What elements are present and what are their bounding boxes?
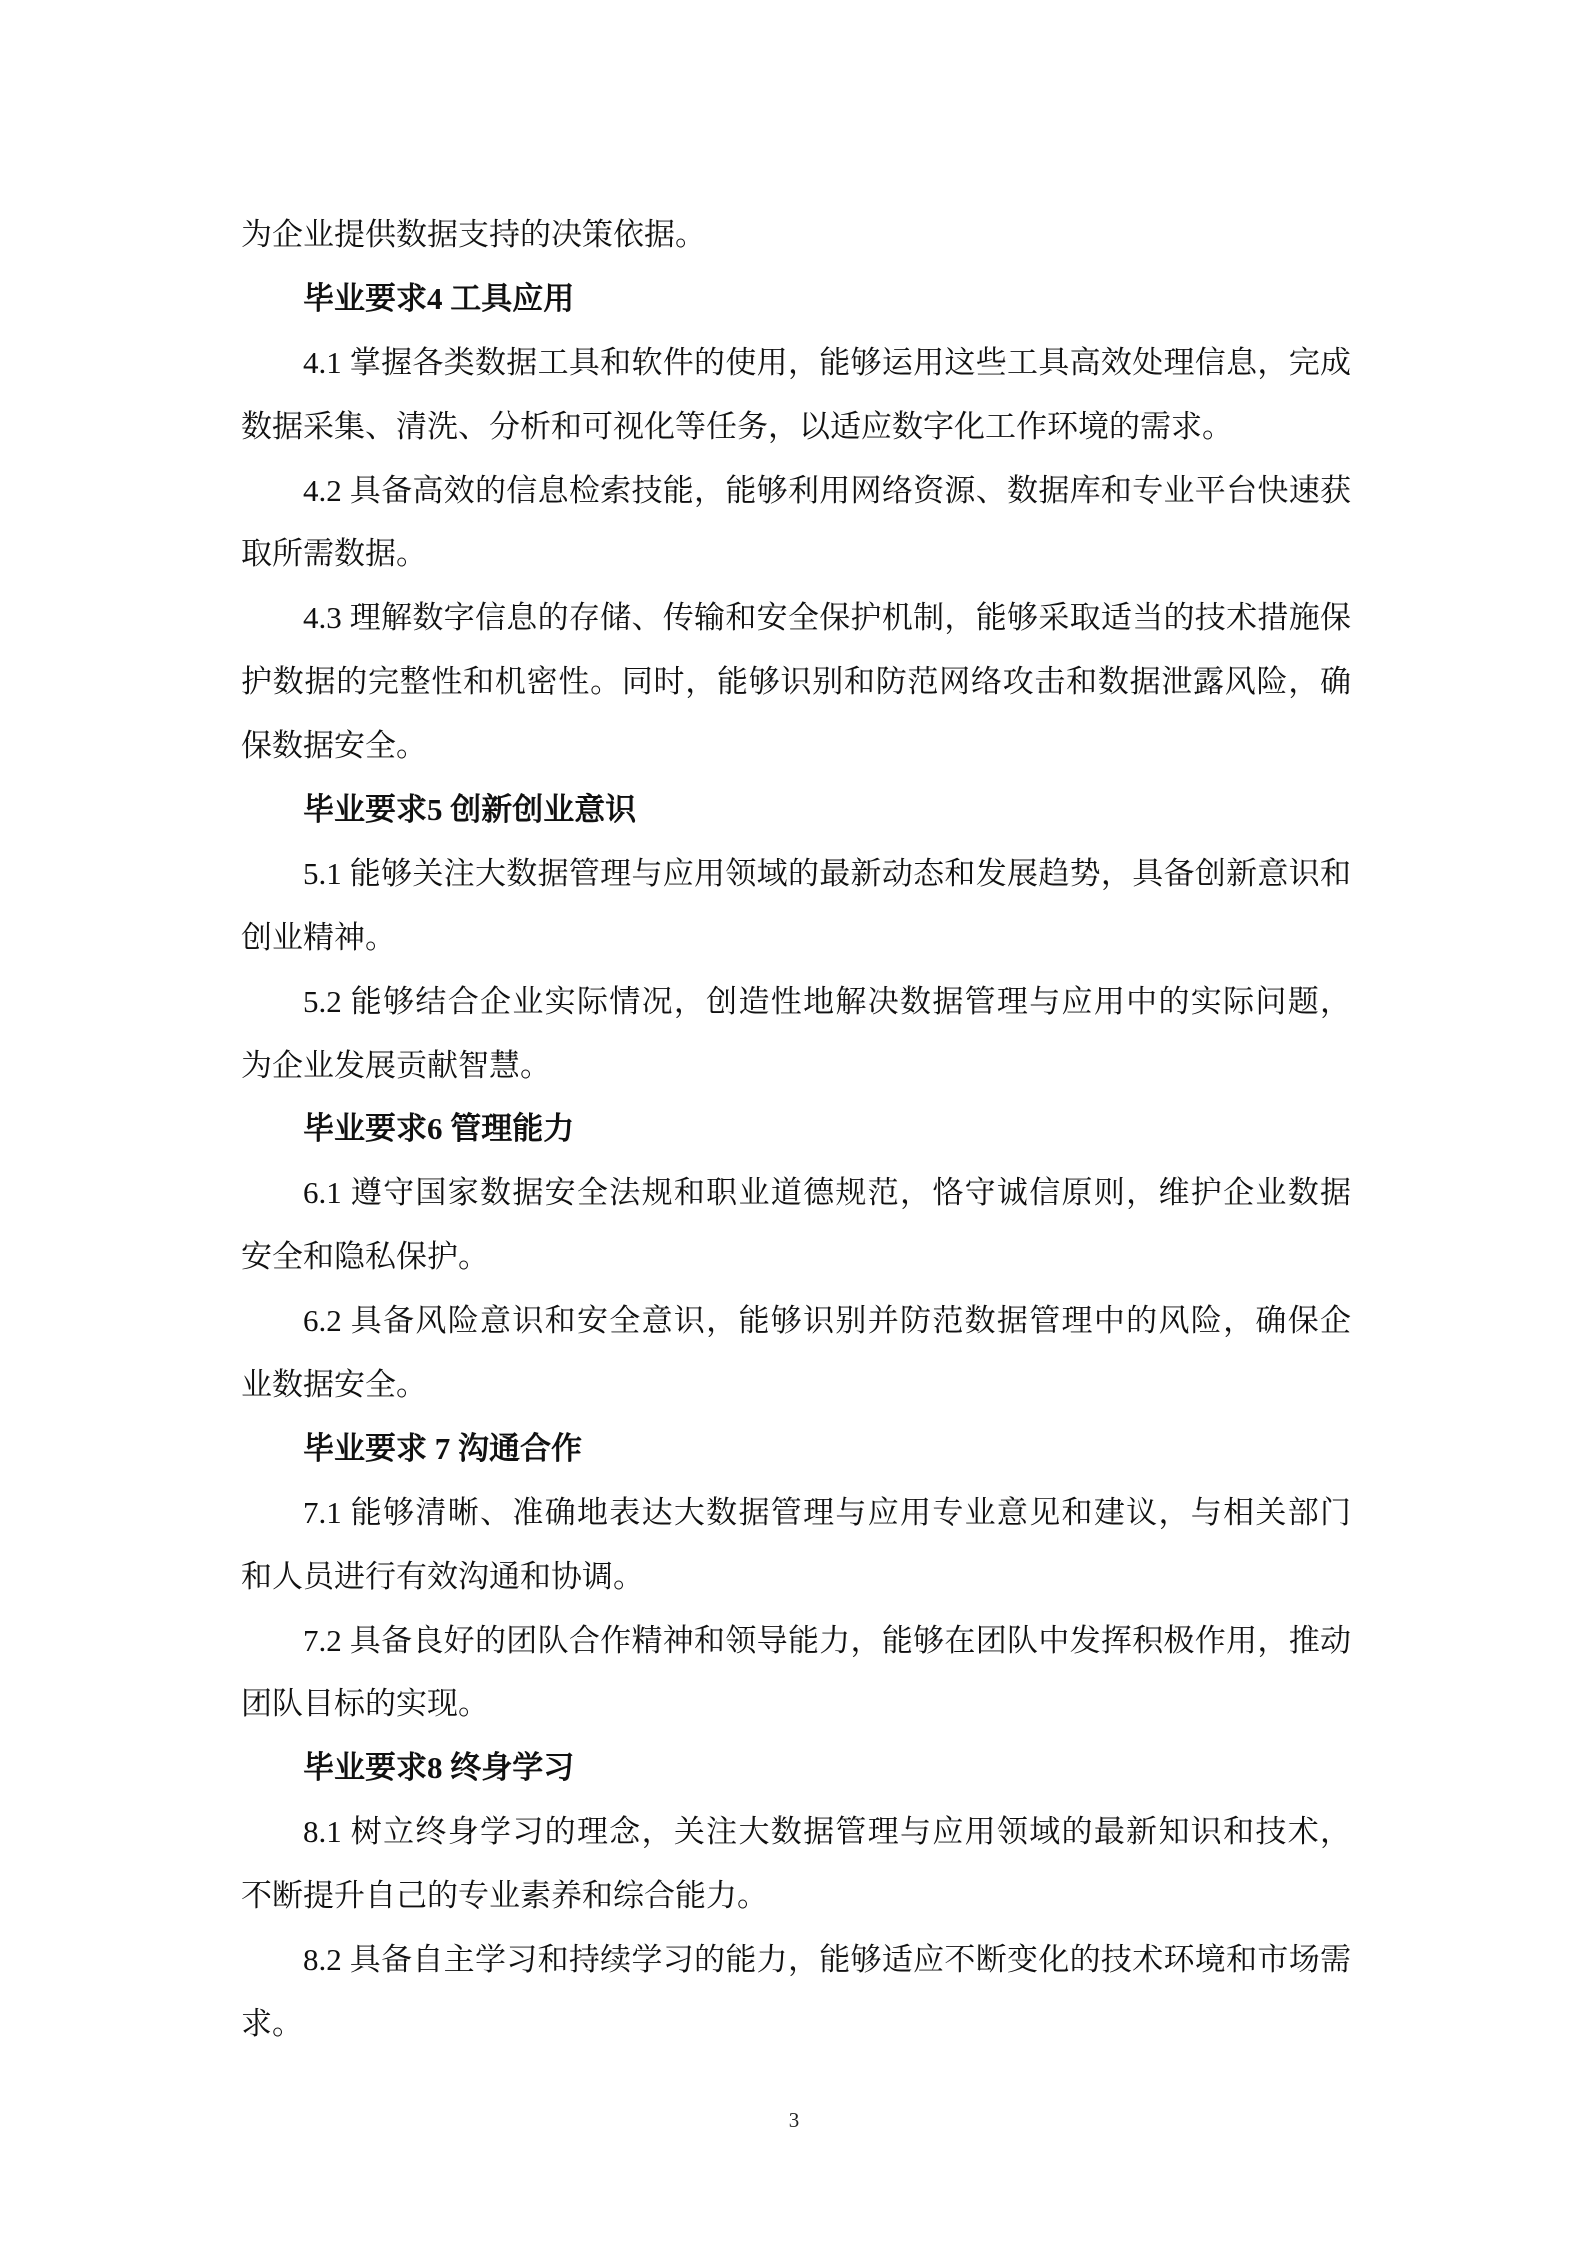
item-8-2-line-1: 8.2 具备自主学习和持续学习的能力，能够适应不断变化的技术环境和市场需 — [241, 1928, 1351, 1992]
section-heading-5: 毕业要求5 创新创业意识 — [241, 778, 1351, 842]
item-5-2-line-1: 5.2 能够结合企业实际情况，创造性地解决数据管理与应用中的实际问题， — [241, 970, 1351, 1034]
item-4-1-line-1: 4.1 掌握各类数据工具和软件的使用，能够运用这些工具高效处理信息，完成 — [241, 331, 1351, 395]
item-7-2-line-2: 团队目标的实现。 — [241, 1672, 1351, 1736]
item-6-2-line-1: 6.2 具备风险意识和安全意识，能够识别并防范数据管理中的风险，确保企 — [241, 1289, 1351, 1353]
item-4-1-line-2: 数据采集、清洗、分析和可视化等任务，以适应数字化工作环境的需求。 — [241, 395, 1351, 459]
item-8-1-line-1: 8.1 树立终身学习的理念，关注大数据管理与应用领域的最新知识和技术， — [241, 1800, 1351, 1864]
item-7-1-line-1: 7.1 能够清晰、准确地表达大数据管理与应用专业意见和建议，与相关部门 — [241, 1481, 1351, 1545]
section-heading-6: 毕业要求6 管理能力 — [241, 1097, 1351, 1161]
item-4-3-line-2: 护数据的完整性和机密性。同时，能够识别和防范网络攻击和数据泄露风险，确 — [241, 650, 1351, 714]
item-5-1-line-2: 创业精神。 — [241, 906, 1351, 970]
page-number: 3 — [0, 2108, 1588, 2133]
item-4-3-line-3: 保数据安全。 — [241, 714, 1351, 778]
paragraph-continuation: 为企业提供数据支持的决策依据。 — [241, 203, 1351, 267]
item-7-2-line-1: 7.2 具备良好的团队合作精神和领导能力，能够在团队中发挥积极作用，推动 — [241, 1609, 1351, 1673]
item-7-1-line-2: 和人员进行有效沟通和协调。 — [241, 1545, 1351, 1609]
item-4-3-line-1: 4.3 理解数字信息的存储、传输和安全保护机制，能够采取适当的技术措施保 — [241, 586, 1351, 650]
item-4-2-line-1: 4.2 具备高效的信息检索技能，能够利用网络资源、数据库和专业平台快速获 — [241, 459, 1351, 523]
item-5-2-line-2: 为企业发展贡献智慧。 — [241, 1034, 1351, 1098]
section-heading-8: 毕业要求8 终身学习 — [241, 1736, 1351, 1800]
item-8-1-line-2: 不断提升自己的专业素养和综合能力。 — [241, 1864, 1351, 1928]
item-4-2-line-2: 取所需数据。 — [241, 522, 1351, 586]
item-8-2-line-2: 求。 — [241, 1992, 1351, 2056]
item-6-1-line-1: 6.1 遵守国家数据安全法规和职业道德规范，恪守诚信原则，维护企业数据 — [241, 1161, 1351, 1225]
document-body: 为企业提供数据支持的决策依据。 毕业要求4 工具应用 4.1 掌握各类数据工具和… — [241, 203, 1351, 2056]
section-heading-4: 毕业要求4 工具应用 — [241, 267, 1351, 331]
item-6-1-line-2: 安全和隐私保护。 — [241, 1225, 1351, 1289]
document-page: 为企业提供数据支持的决策依据。 毕业要求4 工具应用 4.1 掌握各类数据工具和… — [0, 0, 1588, 2245]
item-5-1-line-1: 5.1 能够关注大数据管理与应用领域的最新动态和发展趋势，具备创新意识和 — [241, 842, 1351, 906]
section-heading-7: 毕业要求 7 沟通合作 — [241, 1417, 1351, 1481]
item-6-2-line-2: 业数据安全。 — [241, 1353, 1351, 1417]
